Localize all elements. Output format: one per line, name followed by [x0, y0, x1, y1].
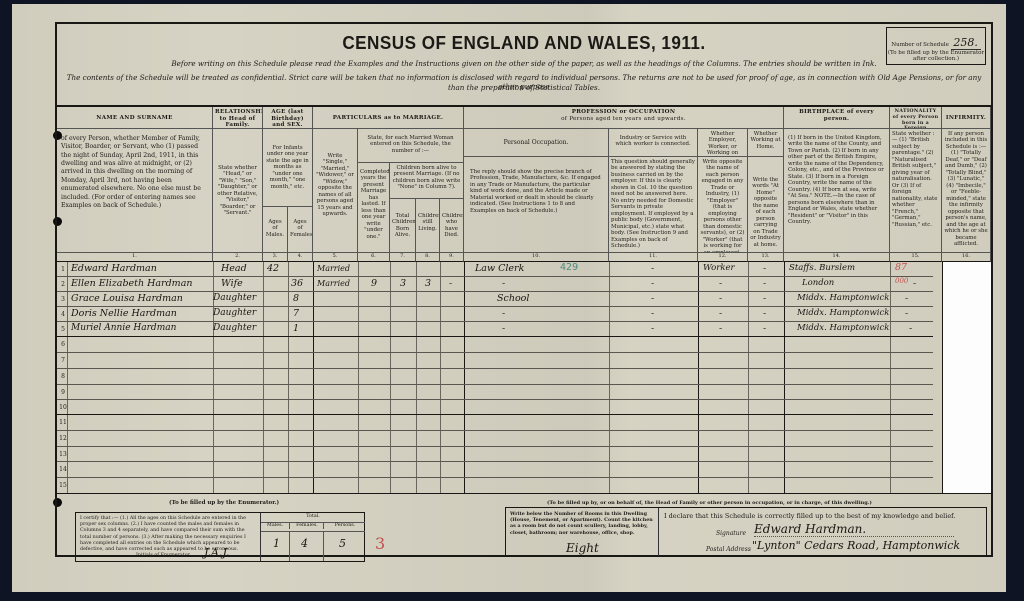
table-row: 13 [57, 447, 933, 462]
header-age-females: Ages of Females. [288, 207, 313, 253]
birthplace: London [802, 278, 834, 288]
totals-label: Total. [261, 514, 365, 523]
marriage-years: 9 [371, 278, 377, 289]
age-female: 1 [293, 323, 299, 334]
header-marriage-write: Write "Single," "Married," "Widower," or… [313, 129, 358, 253]
col-number: 13. [748, 253, 784, 262]
row-number: 15 [59, 482, 67, 489]
row-number: 7 [59, 357, 67, 364]
householder-heading: (To be filled up by, or on behalf of, th… [547, 500, 872, 506]
schedule-number-label: Number of Schedule [891, 42, 949, 48]
col-number: 12. [698, 253, 748, 262]
working-at-home: - [763, 308, 766, 319]
header-age-males: Ages of Males. [263, 207, 288, 253]
occupation-code: 429 [560, 262, 578, 273]
working-at-home: - [763, 293, 766, 304]
row-number: 4 [59, 311, 67, 318]
row-number: 12 [59, 435, 67, 442]
enumerator-initials-label: Initials of Enumerator [136, 553, 190, 559]
row-number: 5 [59, 326, 67, 333]
row-number: 9 [59, 389, 67, 396]
postal-address: "Lynton" Cedars Road, Hamptonwick [752, 539, 960, 552]
redacted-infirmity-column [943, 262, 991, 494]
relationship: Daughter [213, 323, 256, 333]
col-number: 7. [390, 253, 416, 262]
rooms-instruction: Write below the Number of Rooms in this … [510, 511, 654, 536]
header-children-living: Children still Living. [416, 199, 440, 253]
person-name: Muriel Annie Hardman [71, 323, 176, 333]
row-number: 10 [59, 404, 67, 411]
birthplace: Middx. Hamptonwick [797, 323, 889, 333]
nationality: - [909, 323, 912, 334]
header-infirmity: INFIRMITY. [942, 107, 991, 129]
row-number: 8 [59, 373, 67, 380]
schedule-number-box: Number of Schedule 258. (To be filled up… [886, 27, 986, 65]
occupation: Law Clerk [475, 263, 524, 274]
males-label: Males. [261, 523, 289, 529]
header-birthplace: BIRTHPLACE of every person. [784, 107, 890, 129]
col-number: 8. [416, 253, 440, 262]
header-age: AGE (last Birthday) and SEX. [263, 107, 313, 129]
table-row: 4 Doris Nellie Hardman Daughter 7 - - - … [57, 307, 933, 322]
schedule-number-value: 258. [951, 36, 981, 50]
employer-status: - [719, 278, 722, 289]
col-number: 1. [57, 253, 213, 262]
totals-table: Total. Males. Females. Persons. 1 4 5 [260, 513, 365, 561]
employer-status: - [719, 293, 722, 304]
col-number: 10. [464, 253, 609, 262]
census-schedule-page: CENSUS OF ENGLAND AND WALES, 1911. Befor… [12, 4, 1006, 592]
birthplace: Middx. Hamptonwick [797, 308, 889, 318]
header-name-text: of every Person, whether Member of Famil… [57, 129, 213, 253]
table-row: 14 [57, 462, 933, 478]
header-home: Whether Working at Home. [748, 129, 784, 157]
declaration-text: I declare that this Schedule is correctl… [664, 512, 955, 520]
industry: - [651, 263, 654, 274]
table-row: 12 [57, 431, 933, 447]
females-label: Females. [289, 523, 324, 529]
enumerator-heading: (To be filled up by the Enumerator.) [169, 500, 279, 506]
age-female: 8 [293, 293, 299, 304]
table-row: 6 [57, 337, 933, 353]
employer-status: - [719, 323, 722, 334]
header-home-text: Write the words "At Home" opposite the n… [748, 157, 784, 253]
working-at-home: - [763, 263, 766, 274]
table-row: 15 [57, 478, 991, 494]
header-occupation: PROFESSION or OCCUPATION of Persons aged… [464, 107, 784, 129]
header-nationality-text: State whether :— (1) "British subject by… [890, 129, 942, 253]
col-number: 15. [890, 253, 942, 262]
header-marriage: PARTICULARS as to MARRIAGE. [313, 107, 464, 129]
header-marriage-state: State, for each Married Woman entered on… [358, 129, 464, 163]
row-number: 2 [59, 281, 67, 288]
header-relationship: RELATIONSHIP to Head of Family. [213, 107, 263, 129]
header-marriage-children: Children born alive to present Marriage.… [390, 163, 464, 199]
birthplace: Staffs. Burslem [789, 263, 855, 273]
nationality: - [913, 278, 916, 289]
relationship: Wife [221, 278, 243, 289]
occupation: School [497, 293, 529, 304]
occupation: - [502, 308, 505, 319]
header-children-total: Total Children Born Alive. [390, 199, 416, 253]
nationality: - [905, 308, 908, 319]
header-marriage-completed: Completed years the present Marriage has… [358, 163, 390, 253]
table-row: 10 [57, 400, 933, 415]
occupation: - [502, 278, 505, 289]
children-died: - [449, 278, 452, 289]
table-row: 5 Muriel Annie Hardman Daughter 1 - - - … [57, 322, 933, 337]
header-children-died: Children who have Died. [440, 199, 464, 253]
row-number: 3 [59, 296, 67, 303]
row-number: 1 [59, 266, 67, 273]
row-number: 6 [59, 341, 67, 348]
col-number: 3. [263, 253, 288, 262]
signature-label: Signature [716, 530, 746, 537]
col-number: 14. [784, 253, 890, 262]
table-body: 1 Edward Hardman Head 42 Married Law Cle… [57, 262, 991, 494]
table-row: 3 Grace Louisa Hardman Daughter 8 School… [57, 292, 933, 307]
table-row: 8 [57, 369, 933, 385]
table-row: 9 [57, 385, 933, 400]
header-nationality: NATIONALITY of every Person born in a Fo… [890, 107, 942, 129]
birthplace-code: 000 [895, 277, 908, 285]
enumerator-initials: J.A.J. [204, 546, 230, 559]
age-male: 42 [267, 263, 279, 274]
row-number: 14 [59, 466, 67, 473]
col-number: 16. [942, 253, 991, 262]
relationship: Daughter [213, 293, 256, 303]
schedule-number-note: (To be filled up by the Enumerator after… [887, 50, 985, 62]
col-number: 5. [313, 253, 358, 262]
header-industry-text: This question should generally be answer… [609, 157, 698, 253]
marital-status: Married [317, 279, 350, 288]
header-employer: Whether Employer, Worker, or Working on … [698, 129, 748, 157]
householder-box: Write below the Number of Rooms in this … [505, 507, 987, 557]
marital-status: Married [317, 264, 350, 273]
birthplace: Middx. Hamptonwick [797, 293, 889, 303]
header-infirmity-text: If any person included in this Schedule … [942, 129, 991, 253]
header-industry: Industry or Service with which worker is… [609, 129, 698, 157]
occupation: - [502, 323, 505, 334]
col-number: 9. [440, 253, 464, 262]
document-title: CENSUS OF ENGLAND AND WALES, 1911. [80, 33, 967, 54]
col-number: 4. [288, 253, 313, 262]
header-occupation-subtitle: of Persons aged ten years and upwards. [466, 116, 781, 123]
census-table: NAME AND SURNAME of every Person, whethe… [57, 105, 991, 107]
total-males: 1 [273, 537, 280, 550]
age-female: 7 [293, 308, 299, 319]
col-number: 2. [213, 253, 263, 262]
person-name: Grace Louisa Hardman [71, 293, 183, 304]
children-total: 3 [400, 278, 406, 289]
employer-status: - [719, 308, 722, 319]
header-age-text: For Infants under one year state the age… [263, 129, 313, 207]
persons-label: Persons. [323, 523, 366, 529]
confidential-line-2: than the preparation of Statistical Tabl… [57, 83, 991, 92]
age-female: 36 [291, 278, 303, 289]
relationship: Daughter [213, 308, 256, 318]
person-name: Ellen Elizabeth Hardman [71, 278, 192, 289]
total-females: 4 [301, 537, 308, 550]
nationality: - [905, 293, 908, 304]
industry: - [651, 293, 654, 304]
children-living: 3 [425, 278, 431, 289]
row-number: 13 [59, 451, 67, 458]
rooms-count: Eight [566, 541, 599, 555]
table-row: 2 Ellen Elizabeth Hardman Wife 36 Marrie… [57, 277, 933, 292]
instruction-line: Before writing on this Schedule please r… [57, 59, 991, 68]
person-name: Edward Hardman [71, 263, 157, 274]
rooms-box: Write below the Number of Rooms in this … [506, 508, 659, 556]
header-birthplace-text: (1) If born in the United Kingdom, write… [784, 129, 890, 253]
table-row: 7 [57, 353, 933, 369]
person-name: Doris Nellie Hardman [71, 308, 177, 319]
row-number: 11 [59, 419, 67, 426]
table-row: 1 Edward Hardman Head 42 Married Law Cle… [57, 262, 933, 277]
industry: - [651, 323, 654, 334]
industry: - [651, 308, 654, 319]
birthplace-code: 87 [895, 262, 907, 273]
col-number: 11. [609, 253, 698, 262]
employer-status: Worker [703, 263, 735, 273]
header-name: NAME AND SURNAME [57, 107, 213, 129]
working-at-home: - [763, 323, 766, 334]
industry: - [651, 278, 654, 289]
header-occupation-title: PROFESSION or OCCUPATION [466, 109, 781, 116]
total-persons: 5 [339, 537, 346, 550]
schedule-frame: CENSUS OF ENGLAND AND WALES, 1911. Befor… [55, 22, 993, 557]
header-relationship-text: State whether "Head," or "Wife," "Son," … [213, 129, 263, 253]
signature: Edward Hardman. [754, 522, 954, 537]
postal-address-label: Postal Address [706, 546, 751, 553]
table-row: 11 [57, 415, 933, 431]
enumerator-box: I certify that :— (1.) All the ages on t… [75, 512, 365, 562]
header-personal-occupation-text: The reply should show the precise branch… [464, 157, 609, 253]
red-annotation-mark: 3 [375, 534, 385, 553]
relationship: Head [221, 263, 247, 274]
header-employer-text: Write opposite the name of each person e… [698, 157, 748, 253]
working-at-home: - [763, 278, 766, 289]
header-personal-occupation: Personal Occupation. [464, 129, 609, 157]
col-number: 6. [358, 253, 390, 262]
